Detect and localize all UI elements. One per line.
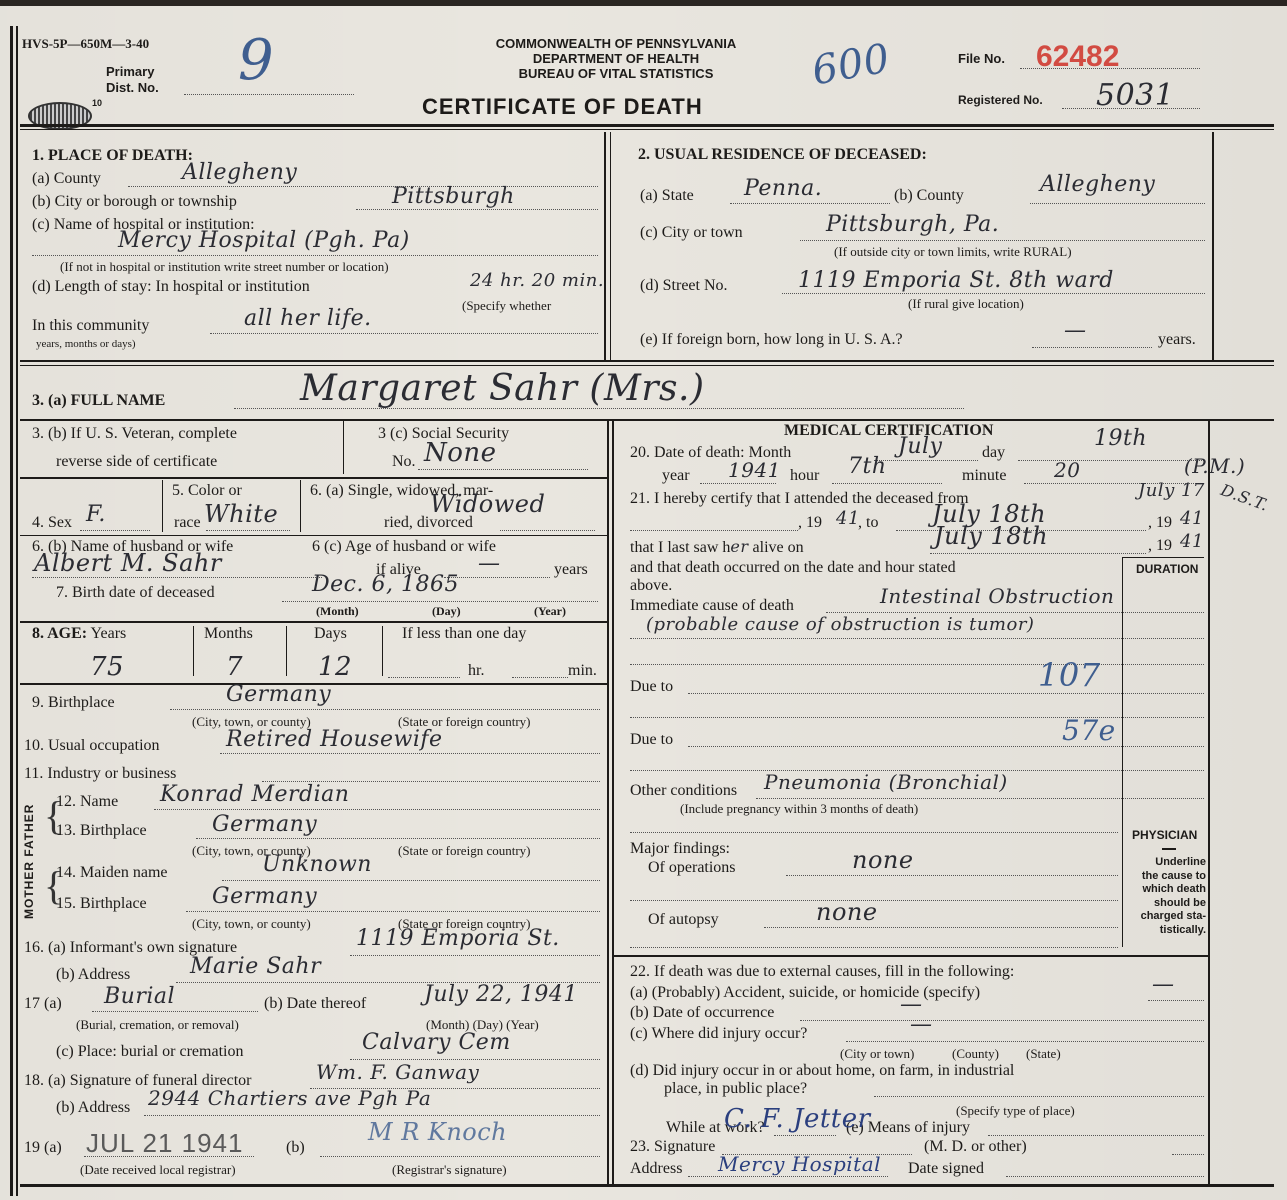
last-saw-label-1: that I last saw her alive on xyxy=(630,537,804,557)
ext-c-note-city: (City or town) xyxy=(840,1046,914,1062)
address-value: Mercy Hospital xyxy=(718,1152,881,1176)
minute-label: minute xyxy=(962,467,1006,485)
foreign-unit: years. xyxy=(1158,331,1196,349)
to-label: , to xyxy=(858,514,878,532)
death-city-label: (b) City or borough or township xyxy=(32,193,237,211)
ss-label-2: No. xyxy=(392,453,416,471)
medical-heading: MEDICAL CERTIFICATION xyxy=(784,422,993,440)
attend-from-year-prefix: , 19 xyxy=(798,514,822,532)
registrar-date-note: (Date received local registrar) xyxy=(80,1162,236,1178)
stay-label: (d) Length of stay: In hospital or insti… xyxy=(32,278,310,296)
ext-d-note: (Specify type of place) xyxy=(956,1103,1075,1119)
primary-dist-label-2: Dist. No. xyxy=(106,80,159,95)
age-months-value: 7 xyxy=(226,652,243,682)
ext-c-note-state: (State) xyxy=(1026,1046,1061,1062)
seal-number: 10 xyxy=(92,98,102,108)
age-min-label: min. xyxy=(568,662,597,680)
margin-note: 600 xyxy=(809,36,894,95)
physician-box-title: PHYSICIAN xyxy=(1132,828,1197,842)
other-conditions-value: Pneumonia (Bronchial) xyxy=(764,770,1008,794)
left-border xyxy=(10,26,13,1196)
other-conditions-note: (Include pregnancy within 3 months of de… xyxy=(680,801,918,817)
veteran-label-1: 3. (b) If U. S. Veteran, complete xyxy=(32,425,237,443)
street-label: (d) Street No. xyxy=(640,277,728,295)
year-label: year xyxy=(662,467,690,485)
age-days-value: 12 xyxy=(318,652,352,682)
street-note: (If rural give location) xyxy=(908,296,1024,312)
physician-text-line: which death xyxy=(1126,883,1206,897)
physician-text-line: tistically. xyxy=(1126,924,1206,938)
file-no-value: 62482 xyxy=(1036,40,1119,74)
death-year-value: 1941 xyxy=(728,458,781,482)
ext-a-label: (a) (Probably) Accident, suicide, or hom… xyxy=(630,984,980,1002)
due-to-1-label: Due to xyxy=(630,678,673,696)
mother-birthplace-value: Germany xyxy=(212,884,317,909)
industry-label: 11. Industry or business xyxy=(24,765,176,783)
informant-sig-value: 1119 Emporia St. xyxy=(356,926,560,951)
veteran-label-2: reverse side of certificate xyxy=(56,453,217,471)
ext-c-label: (c) Where did injury occur? xyxy=(630,1025,807,1043)
file-no-label: File No. xyxy=(958,51,1005,66)
immediate-cause-label: Immediate cause of death xyxy=(630,597,794,615)
md-label: (M. D. or other) xyxy=(924,1138,1027,1156)
day-label: day xyxy=(982,444,1005,462)
attend-to-year-prefix: , 19 xyxy=(1148,514,1172,532)
registrar-date-stamp: JUL 21 1941 xyxy=(86,1128,243,1159)
spouse-age-unit: years xyxy=(554,561,588,579)
birth-date-label: 7. Birth date of deceased xyxy=(56,584,215,602)
informant-addr-label: (b) Address xyxy=(56,966,130,984)
death-hour-value: 7th xyxy=(848,454,887,479)
physician-text-line: the cause to xyxy=(1126,870,1206,884)
registrar-sig-value: M R Knoch xyxy=(368,1118,507,1146)
death-minute-value: 20 xyxy=(1054,458,1080,482)
burial-place-value: Calvary Cem xyxy=(362,1030,511,1055)
spouse-age-label-1: 6 (c) Age of husband or wife xyxy=(312,538,496,556)
death-month-value: July xyxy=(898,434,942,459)
ext-d-label-2: place, in public place? xyxy=(664,1080,807,1098)
foreign-label: (e) If foreign born, how long in U. S. A… xyxy=(640,331,903,349)
funeral-sig-value: Wm. F. Ganway xyxy=(316,1060,479,1084)
death-day-value: 19th xyxy=(1094,426,1147,451)
mother-city-note: (City, town, or county) xyxy=(192,916,311,932)
birthplace-label: 9. Birthplace xyxy=(32,694,115,712)
ext-c-value: — xyxy=(910,1012,933,1037)
age-label: 8. AGE: Years xyxy=(32,625,126,643)
age-hr-label: hr. xyxy=(468,662,484,680)
dst-note: D.S.T. xyxy=(1218,480,1271,515)
father-birthplace-label: 13. Birthplace xyxy=(56,822,147,840)
residence-city-note: (If outside city or town limits, write R… xyxy=(834,244,1072,260)
external-heading: 22. If death was due to external causes,… xyxy=(630,963,1014,981)
agency-line-1: COMMONWEALTH OF PENNSYLVANIA xyxy=(464,36,768,51)
burial-num: 17 (a) xyxy=(24,995,62,1013)
birth-month-note: (Month) xyxy=(316,604,359,619)
burial-date-label: (b) Date thereof xyxy=(264,995,366,1013)
full-name-value: Margaret Sahr (Mrs.) xyxy=(300,368,705,409)
death-county-label: (a) County xyxy=(32,170,101,188)
spouse-age-value: — xyxy=(478,551,501,576)
signature-value: C. F. Jetter xyxy=(724,1104,871,1134)
occurred-label-2: above. xyxy=(630,577,672,595)
attend-label: 21. I hereby certify that I attended the… xyxy=(630,490,969,508)
registrar-sig-note: (Registrar's signature) xyxy=(392,1162,507,1178)
father-name-value: Konrad Merdian xyxy=(160,782,349,807)
community-value: all her life. xyxy=(244,306,372,331)
residence-heading: 2. USUAL RESIDENCE OF DECEASED: xyxy=(638,146,927,164)
immediate-cause-value: Intestinal Obstruction xyxy=(880,584,1114,608)
residence-city-label: (c) City or town xyxy=(640,224,743,242)
primary-dist-label-1: Primary xyxy=(106,64,154,79)
operations-label: Of operations xyxy=(648,859,736,877)
due-to-1-code: 107 xyxy=(1038,656,1101,694)
last-saw-value: July 18th xyxy=(934,522,1048,550)
age-years-value: 75 xyxy=(90,652,124,682)
primary-dist-value: 9 xyxy=(238,28,274,93)
address-label: Address xyxy=(630,1160,682,1178)
registered-no-value: 5031 xyxy=(1096,78,1174,113)
age-days-label: Days xyxy=(314,625,347,643)
attend-from-value: July 17 xyxy=(1138,480,1205,501)
occupation-label: 10. Usual occupation xyxy=(24,737,160,755)
hour-label: hour xyxy=(790,467,819,485)
last-saw-pronoun: er xyxy=(730,537,748,556)
left-border-inner xyxy=(16,26,18,1196)
burial-place-label: (c) Place: burial or cremation xyxy=(56,1043,243,1061)
hospital-value: Mercy Hospital (Pgh. Pa) xyxy=(118,228,410,253)
residence-county-value: Allegheny xyxy=(1040,172,1155,197)
duration-label: DURATION xyxy=(1136,562,1198,576)
agency-line-3: BUREAU OF VITAL STATISTICS xyxy=(464,66,768,81)
stay-value: 24 hr. 20 min. xyxy=(470,270,604,291)
last-saw-text: that I last saw h xyxy=(630,539,730,556)
street-value: 1119 Emporia St. 8th ward xyxy=(798,268,1114,293)
attend-from-year: 41 xyxy=(836,508,860,529)
informant-addr-value: Marie Sahr xyxy=(190,954,321,979)
ext-d-label-1: (d) Did injury occur in or about home, o… xyxy=(630,1062,1014,1080)
residence-state-value: Penna. xyxy=(744,176,822,201)
ext-c-note-county: (County) xyxy=(952,1046,999,1062)
death-county-value: Allegheny xyxy=(182,160,297,185)
physician-text-line: should be xyxy=(1126,897,1206,911)
ext-b-label: (b) Date of occurrence xyxy=(630,1004,774,1022)
specify-note: (Specify whether xyxy=(462,298,551,314)
spouse-value: Albert M. Sahr xyxy=(34,549,222,577)
community-note: years, months or days) xyxy=(36,338,136,350)
pm-note: (P.M.) xyxy=(1184,454,1245,478)
age-months-label: Months xyxy=(204,625,253,643)
birth-date-value: Dec. 6, 1865 xyxy=(312,572,459,597)
community-label: In this community xyxy=(32,317,149,335)
birth-day-note: (Day) xyxy=(432,604,461,619)
ext-a-value: — xyxy=(1152,972,1175,997)
physician-box-text: Underline the cause to which death shoul… xyxy=(1126,856,1206,937)
birthplace-value: Germany xyxy=(226,682,331,707)
residence-county-label: (b) County xyxy=(894,187,964,205)
due-to-2-code: 57e xyxy=(1062,714,1116,747)
physician-text-line: charged sta- xyxy=(1126,910,1206,924)
last-saw-alive-on: alive on xyxy=(753,539,804,556)
attend-to-year: 41 xyxy=(1180,508,1204,529)
occurred-label-1: and that death occurred on the date and … xyxy=(630,559,956,577)
marital-value: Widowed xyxy=(430,490,545,518)
residence-city-value: Pittsburgh, Pa. xyxy=(826,212,999,237)
color-value: White xyxy=(204,500,278,528)
agency-line-2: DEPARTMENT OF HEALTH xyxy=(464,51,768,66)
color-label-1: 5. Color or xyxy=(172,482,242,500)
color-label-2: race xyxy=(174,514,201,532)
father-state-note: (State or foreign country) xyxy=(398,843,530,859)
registered-no-label: Registered No. xyxy=(958,93,1043,107)
funeral-addr-value: 2944 Chartiers ave Pgh Pa xyxy=(148,1086,431,1110)
death-certificate: HVS-5P—650M—3-40 Primary Dist. No. 9 10 … xyxy=(0,6,1287,1200)
page-title: CERTIFICATE OF DEATH xyxy=(422,94,703,120)
foreign-value: — xyxy=(1064,318,1087,343)
birth-year-note: (Year) xyxy=(534,604,566,619)
funeral-addr-label: (b) Address xyxy=(56,1099,130,1117)
immediate-cause-value-2: (probable cause of obstruction is tumor) xyxy=(646,614,1034,635)
registrar-sig-num: (b) xyxy=(286,1139,305,1157)
age-years-label: Years xyxy=(91,625,127,642)
mother-maiden-label: 14. Maiden name xyxy=(56,864,168,882)
due-to-2-label: Due to xyxy=(630,731,673,749)
form-code: HVS-5P—650M—3-40 xyxy=(22,36,149,52)
full-name-label: 3. (a) FULL NAME xyxy=(32,392,165,410)
registrar-num: 19 (a) xyxy=(24,1139,62,1157)
burial-date-value: July 22, 1941 xyxy=(424,982,578,1007)
hospital-note: (If not in hospital or institution write… xyxy=(60,259,389,275)
mother-maiden-value: Unknown xyxy=(262,852,372,877)
age-lt-day-label: If less than one day xyxy=(402,625,526,643)
mother-birthplace-label: 15. Birthplace xyxy=(56,895,147,913)
sex-value: F. xyxy=(86,502,106,527)
parents-side-label: MOTHER FATHER xyxy=(22,791,42,931)
autopsy-value: none xyxy=(816,898,878,926)
physician-text-line: Underline xyxy=(1126,856,1206,870)
last-saw-year-prefix: , 19 xyxy=(1148,537,1172,555)
sex-label: 4. Sex xyxy=(32,514,72,532)
burial-value: Burial xyxy=(104,984,175,1009)
age-heading: 8. AGE: xyxy=(32,625,87,642)
autopsy-label: Of autopsy xyxy=(648,911,719,929)
operations-value: none xyxy=(852,846,914,874)
father-birthplace-value: Germany xyxy=(212,812,317,837)
place-of-death-heading: 1. PLACE OF DEATH: xyxy=(32,147,193,165)
occupation-value: Retired Housewife xyxy=(226,727,443,752)
ss-value: None xyxy=(424,438,497,468)
residence-state-label: (a) State xyxy=(640,187,694,205)
death-city-value: Pittsburgh xyxy=(392,184,515,209)
other-conditions-label: Other conditions xyxy=(630,782,737,800)
father-name-label: 12. Name xyxy=(56,793,118,811)
date-signed-label: Date signed xyxy=(908,1160,984,1178)
last-saw-year: 41 xyxy=(1180,531,1204,552)
major-findings-label: Major findings: xyxy=(630,840,730,858)
signature-label: 23. Signature xyxy=(630,1138,715,1156)
burial-note: (Burial, cremation, or removal) xyxy=(76,1017,239,1033)
